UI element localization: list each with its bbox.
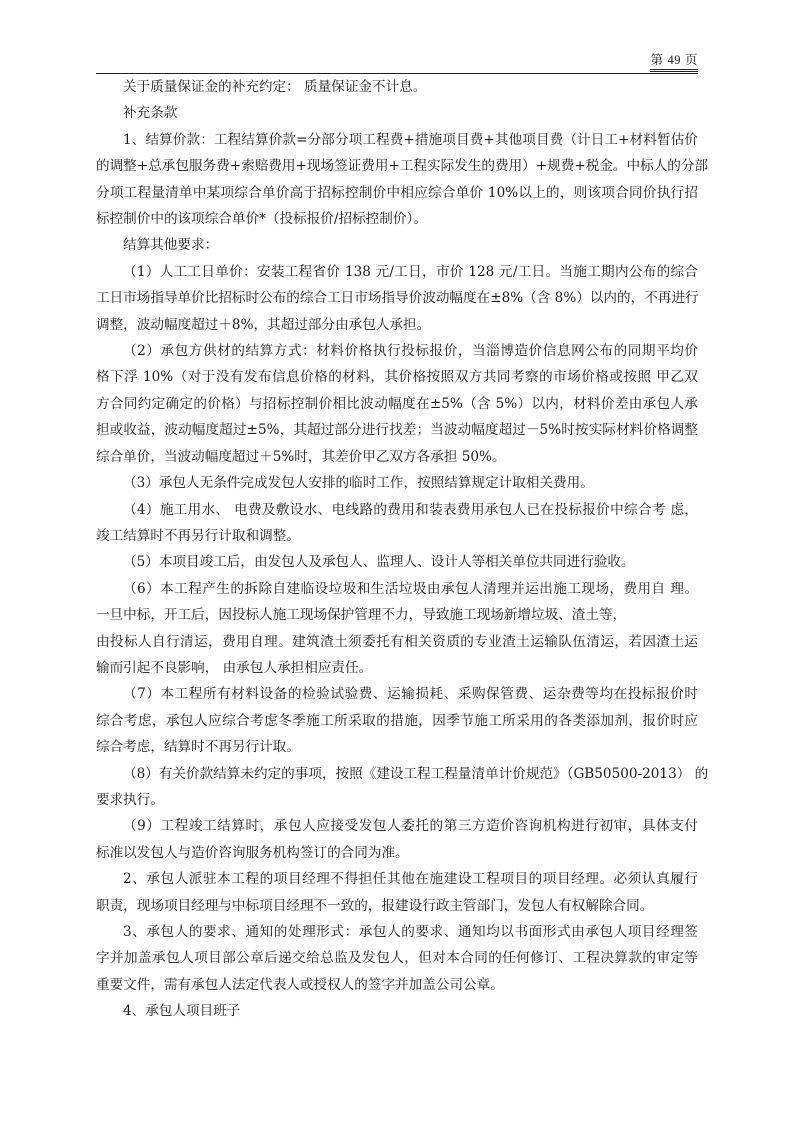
- text-line: 4、承包人项目班子: [96, 998, 698, 1024]
- heading-supplementary-terms: 补充条款: [96, 100, 698, 126]
- text-line: （6）本工程产生的拆除自建临设垃圾和生活垃圾由承包人清理并运出施工现场，费用自 …: [96, 576, 698, 602]
- text-line: （4）施工用水、 电费及敷设水、电线路的费用和装表费用承包人已在投标报价中综合考…: [96, 497, 698, 523]
- text-line: 分项工程量清单中某项综合单价高于招标控制价中相应综合单价 10%以上的，则该项合…: [96, 180, 698, 206]
- page-number-value: 49: [667, 53, 681, 67]
- text-line: 综合单价，当波动幅度超过＋5%时，其差价甲乙双方各承担 50%。: [96, 444, 698, 470]
- text-line: 工日市场指导单价比招标时公布的综合工日市场指导价波动幅度在±8%（含 8%）以内…: [96, 285, 698, 311]
- text-line: （7）本工程所有材料设备的检验试验费、运输损耗、采购保管费、运杂费等均在投标报价…: [96, 681, 698, 707]
- text-line: 标控制价中的该项综合单价*（投标报价/招标控制价）。: [96, 206, 698, 232]
- text-line: 2、承包人派驻本工程的项目经理不得担任其他在施建设工程项目的项目经理。必须认真履…: [96, 866, 698, 892]
- text-line: （3）承包人无条件完成发包人安排的临时工作，按照结算规定计取相关费用。: [96, 470, 698, 496]
- text-line: 由投标人自行清运，费用自理。建筑渣土须委托有相关资质的专业渣土运输队伍清运，若因…: [96, 629, 698, 655]
- text-line: 综合考虑，结算时不再另行计取。: [96, 734, 698, 760]
- paragraph-requirement-7: （7）本工程所有材料设备的检验试验费、运输损耗、采购保管费、运杂费等均在投标报价…: [96, 681, 698, 760]
- document-body: 关于质量保证金的补充约定： 质量保证金不计息。 补充条款 1、结算价款：工程结算…: [96, 74, 698, 1025]
- page-prefix: 第: [650, 52, 663, 67]
- text-line: 方合同约定确定的价格）与招标控制价相比波动幅度在±5%（含 5%）以内，材料价差…: [96, 391, 698, 417]
- text-line: 格下浮 10%（对于没有发布信息价格的材料，其价格按照双方共同考察的市场价格或按…: [96, 364, 698, 390]
- text-line: 的调整+总承包服务费+索赔费用+现场签证费用+工程实际发生的费用）+规费+税金。…: [96, 153, 698, 179]
- paragraph-requirement-5: （5）本项目竣工后，由发包人及承包人、监理人、设计人等相关单位共同进行验收。: [96, 549, 698, 575]
- text-line: 一旦中标，开工后，因投标人施工现场保护管理不力，导致施工现场新增垃圾、渣土等，: [96, 602, 698, 628]
- text-line: 1、结算价款：工程结算价款=分部分项工程费+措施项目费+其他项目费（计日工+材料…: [96, 127, 698, 153]
- text-line: 补充条款: [96, 100, 698, 126]
- text-line: 担或收益，波动幅度超过±5%，其超过部分进行找差；当波动幅度超过－5%时按实际材…: [96, 417, 698, 443]
- paragraph-clause-4: 4、承包人项目班子: [96, 998, 698, 1024]
- text-line: 职责，现场项目经理与中标项目经理不一致的，报建设行政主管部门，发包人有权解除合同…: [96, 893, 698, 919]
- paragraph-requirement-9: （9）工程竣工结算时，承包人应接受发包人委托的第三方造价咨询机构进行初审，具体支…: [96, 813, 698, 866]
- text-line: 结算其他要求：: [96, 232, 698, 258]
- heading-other-requirements: 结算其他要求：: [96, 232, 698, 258]
- text-line: （5）本项目竣工后，由发包人及承包人、监理人、设计人等相关单位共同进行验收。: [96, 549, 698, 575]
- text-line: （9）工程竣工结算时，承包人应接受发包人委托的第三方造价咨询机构进行初审，具体支…: [96, 813, 698, 839]
- text-line: 关于质量保证金的补充约定： 质量保证金不计息。: [96, 74, 698, 100]
- text-line: 调整，波动幅度超过＋8%，其超过部分由承包人承担。: [96, 312, 698, 338]
- paragraph-clause-1: 1、结算价款：工程结算价款=分部分项工程费+措施项目费+其他项目费（计日工+材料…: [96, 127, 698, 233]
- page-number: 第49页: [650, 52, 698, 72]
- text-line: 字并加盖承包人项目部公章后递交给总监及发包人，但对本合同的任何修订、工程决算款的…: [96, 945, 698, 971]
- paragraph-requirement-8: （8）有关价款结算未约定的事项，按照《建设工程工程量清单计价规范》（GB5050…: [96, 761, 698, 814]
- paragraph-requirement-6: （6）本工程产生的拆除自建临设垃圾和生活垃圾由承包人清理并运出施工现场，费用自 …: [96, 576, 698, 682]
- text-line: （8）有关价款结算未约定的事项，按照《建设工程工程量清单计价规范》（GB5050…: [96, 761, 698, 787]
- text-line: 竣工结算时不再另行计取和调整。: [96, 523, 698, 549]
- page-suffix: 页: [685, 52, 698, 67]
- text-line: 3、承包人的要求、通知的处理形式：承包人的要求、通知均以书面形式由承包人项目经理…: [96, 919, 698, 945]
- text-line: 标准以发包人与造价咨询服务机构签订的合同为准。: [96, 840, 698, 866]
- page-header: 第49页: [96, 52, 698, 74]
- text-line: 要求执行。: [96, 787, 698, 813]
- paragraph-requirement-3: （3）承包人无条件完成发包人安排的临时工作，按照结算规定计取相关费用。: [96, 470, 698, 496]
- paragraph-requirement-1: （1）人工工日单价：安装工程省价 138 元/工日，市价 128 元/工日。当施…: [96, 259, 698, 338]
- text-line: （2）承包方供材的结算方式：材料价格执行投标报价，当淄博造价信息网公布的同期平均…: [96, 338, 698, 364]
- paragraph-clause-3: 3、承包人的要求、通知的处理形式：承包人的要求、通知均以书面形式由承包人项目经理…: [96, 919, 698, 998]
- paragraph-clause-2: 2、承包人派驻本工程的项目经理不得担任其他在施建设工程项目的项目经理。必须认真履…: [96, 866, 698, 919]
- text-line: 综合考虑，承包人应综合考虑冬季施工所采取的措施，因季节施工所采用的各类添加剂，报…: [96, 708, 698, 734]
- text-line: 重要文件，需有承包人法定代表人或授权人的签字并加盖公司公章。: [96, 972, 698, 998]
- paragraph-requirement-2: （2）承包方供材的结算方式：材料价格执行投标报价，当淄博造价信息网公布的同期平均…: [96, 338, 698, 470]
- paragraph-quality-deposit: 关于质量保证金的补充约定： 质量保证金不计息。: [96, 74, 698, 100]
- text-line: （1）人工工日单价：安装工程省价 138 元/工日，市价 128 元/工日。当施…: [96, 259, 698, 285]
- text-line: 输而引起不良影响， 由承包人承担相应责任。: [96, 655, 698, 681]
- paragraph-requirement-4: （4）施工用水、 电费及敷设水、电线路的费用和装表费用承包人已在投标报价中综合考…: [96, 497, 698, 550]
